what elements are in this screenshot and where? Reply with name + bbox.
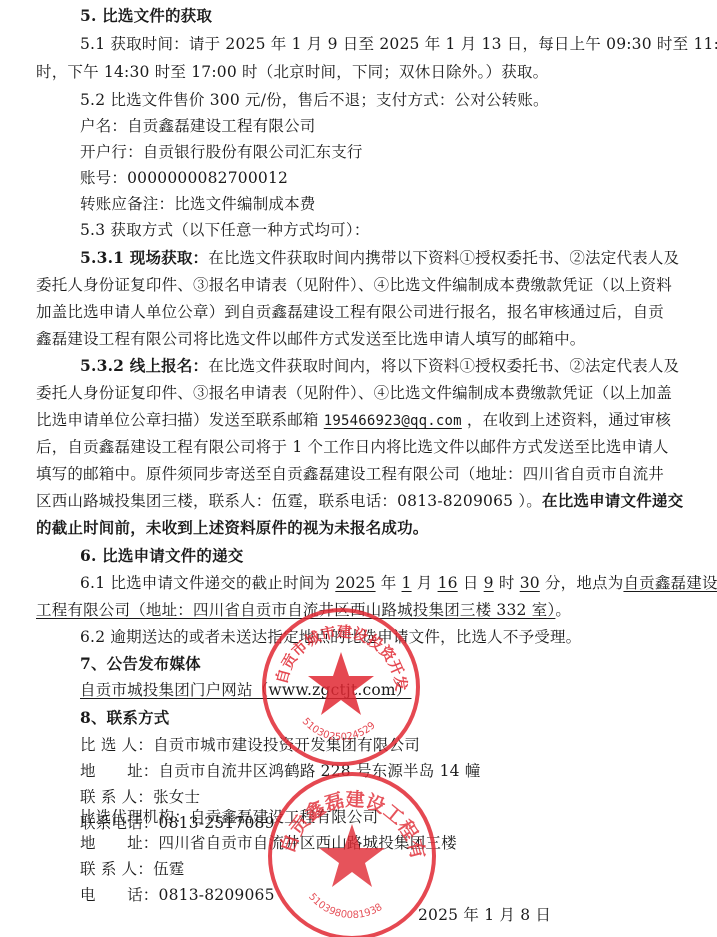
place-line2: 工程有限公司（地址：四川省自贡市自流井区西山路城投集团三楼 332 室） [36, 601, 555, 619]
s6-1-pre: 6.1 比选申请文件递交的截止时间为 [80, 574, 335, 592]
deadline-day: 16 [438, 574, 458, 592]
s6-2: 6.2 逾期送达的或者未送达指定地点的比选申请文件，比选人不予受理。 [80, 627, 581, 647]
media-link[interactable]: 自贡市城投集团门户网站（www.zgctjt.com） [80, 680, 411, 700]
selector-address-value: 自贡市自流井区鸿鹤路 228 号东源半岛 14 幢 [159, 762, 481, 780]
s6-1-line2: 工程有限公司（地址：四川省自贡市自流井区西山路城投集团三楼 332 室）。 [36, 600, 571, 620]
s5-3-2-line6: 区西山路城投集团三楼，联系人：伍霆，联系电话：0813-8209065 ）。在比… [36, 491, 683, 511]
selector-value: 自贡市城市建设投资开发集团有限公司 [153, 736, 420, 754]
s5-3-2-line3-pre: 比选申请单位公章扫描）发送至联系邮箱 [36, 411, 324, 429]
selector-contact-row: 联 系 人：张女士 [80, 787, 200, 807]
bank-name: 开户行：自贡银行股份有限公司汇东支行 [80, 142, 363, 162]
s5-3-1-label: 5.3.1 现场获取： [80, 248, 208, 267]
selector-contact-label: 联 系 人： [80, 787, 153, 807]
s5-3-2-line7: 的截止时间前，未收到上述资料原件的视为未报名成功。 [36, 518, 429, 538]
text-hour: 时 [494, 574, 520, 592]
selector-row: 比 选 人：自贡市城市建设投资开发集团有限公司 [80, 735, 420, 755]
s5-3-2-line3: 比选申请单位公章扫描）发送至联系邮箱 195466923@qq.com ，在收到… [36, 410, 671, 431]
account-number: 账号：0000000082700012 [80, 168, 288, 188]
selector-phone-row: 联系电话：0813-2517089 [80, 813, 275, 833]
selector-phone-label: 联系电话： [80, 813, 159, 833]
s5-3-2-line6-bold: 在比选申请文件递交 [542, 491, 683, 510]
s5-3: 5.3 获取方式（以下任意一种方式均可）： [80, 220, 370, 240]
s5-3-1-line4: 鑫磊建设工程有限公司将比选文件以邮件方式发送至比选申请人填写的邮箱中。 [36, 329, 586, 349]
s5-3-2-line6-pre: 区西山路城投集团三楼，联系人：伍霆，联系电话：0813-8209065 ）。 [36, 492, 542, 510]
s5-3-2-line2: 委托人身份证复印件、③报名申请表（见附件）、④比选文件编制成本费缴款凭证（以上加… [36, 383, 672, 403]
s5-3-2-text: 在比选文件获取时间内，将以下资料①授权委托书、②法定代表人及 [208, 357, 679, 375]
place-line1: 自贡鑫磊建设 [623, 574, 717, 592]
deadline-year: 2025 [335, 574, 375, 592]
selector-contact-value: 张女士 [153, 788, 200, 806]
s6-1-line1: 6.1 比选申请文件递交的截止时间为 2025 年 1 月 16 日 9 时 3… [80, 573, 717, 593]
s5-1-line2: 时，下午 14:30 时至 17:00 时（北京时间，下同；双休日除外。）获取。 [36, 62, 548, 82]
section6-heading: 6. 比选申请文件的递交 [80, 546, 243, 566]
section8-heading: 8、联系方式 [80, 708, 170, 728]
s5-1-line1: 5.1 获取时间：请于 2025 年 1 月 9 日至 2025 年 1 月 1… [80, 34, 717, 54]
s5-3-1-line1: 5.3.1 现场获取：在比选文件获取时间内携带以下资料①授权委托书、②法定代表人… [80, 248, 679, 268]
document-page: 5. 比选文件的获取 5.1 获取时间：请于 2025 年 1 月 9 日至 2… [0, 0, 717, 937]
text-year: 年 [376, 574, 402, 592]
section5-heading: 5. 比选文件的获取 [80, 6, 212, 26]
s5-3-2-label: 5.3.2 线上报名： [80, 356, 208, 375]
selector-label: 比 选 人： [80, 735, 153, 755]
s5-3-1-text: 在比选文件获取时间内携带以下资料①授权委托书、②法定代表人及 [208, 249, 679, 267]
s5-3-2-line1: 5.3.2 线上报名：在比选文件获取时间内，将以下资料①授权委托书、②法定代表人… [80, 356, 679, 376]
deadline-minute: 30 [520, 574, 540, 592]
s5-3-1-line3: 加盖比选申请人单位公章）到自贡鑫磊建设工程有限公司进行报名，报名审核通过后，自贡 [36, 302, 664, 322]
selector-address-label: 地 址： [80, 761, 159, 781]
text-minute: 分，地点为 [540, 574, 624, 592]
place-end: 。 [555, 601, 571, 619]
s5-3-2-line5: 填写的邮箱中。原件须同步寄送至自贡鑫磊建设工程有限公司（地址：四川省自贡市自流井 [36, 464, 664, 484]
email-link[interactable]: 195466923@qq.com [324, 413, 462, 429]
s5-3-2-line3-post: ，在收到上述资料，通过审核 [462, 411, 671, 429]
transfer-remark: 转账应备注：比选文件编制成本费 [80, 194, 316, 214]
s5-3-2-line4: 后，自贡鑫磊建设工程有限公司将于 1 个工作日内将比选文件以邮件方式发送至比选申… [36, 437, 669, 457]
deadline-month: 1 [402, 574, 412, 592]
selector-phone-value: 0813-2517089 [159, 814, 275, 832]
deadline-hour: 9 [484, 574, 494, 592]
section7-heading: 7、公告发布媒体 [80, 654, 201, 674]
selector-address-row: 地 址：自贡市自流井区鸿鹤路 228 号东源半岛 14 幢 [80, 761, 481, 781]
s5-3-1-line2: 委托人身份证复印件、③报名申请表（见附件）、④比选文件编制成本费缴款凭证（以上资… [36, 275, 672, 295]
text-day: 日 [458, 574, 484, 592]
account-name: 户名：自贡鑫磊建设工程有限公司 [80, 116, 316, 136]
s5-2: 5.2 比选文件售价 300 元/份，售后不退；支付方式：公对公转账。 [80, 90, 549, 110]
text-month: 月 [412, 574, 438, 592]
